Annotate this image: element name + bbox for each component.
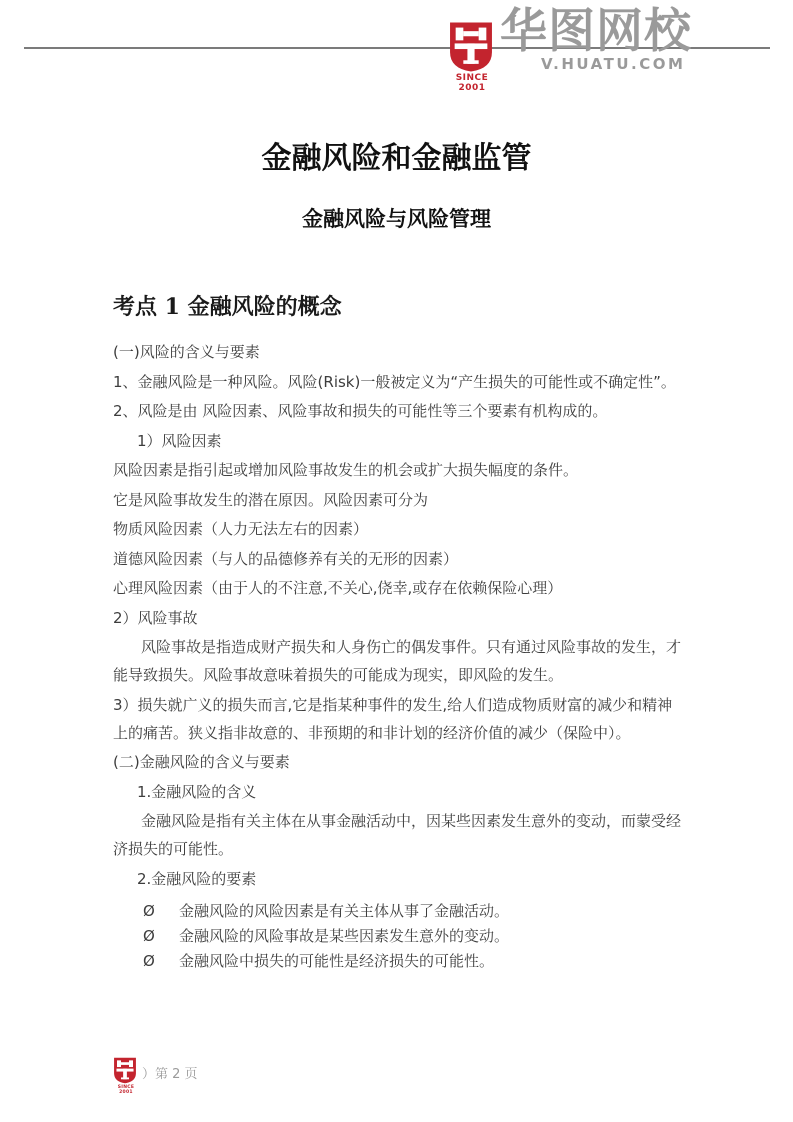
bullet-symbol-icon: Ø xyxy=(143,949,179,974)
bullet-symbol-icon: Ø xyxy=(143,899,179,924)
bullet-symbol-icon: Ø xyxy=(143,924,179,949)
document-body: (一)风险的含义与要素1、金融风险是一种风险。风险(Risk)一般被定义为“产生… xyxy=(113,338,687,974)
paragraph: 1.金融风险的含义 xyxy=(113,778,687,806)
bullet-text: 金融风险的风险事故是某些因素发生意外的变动。 xyxy=(179,924,687,949)
paragraph: 3）损失就广义的损失而言,它是指某种事件的发生,给人们造成物质财富的减少和精神上… xyxy=(113,691,687,747)
paragraph: 1、金融风险是一种风险。风险(Risk)一般被定义为“产生损失的可能性或不确定性… xyxy=(113,368,687,396)
bullet-item: Ø金融风险的风险事故是某些因素发生意外的变动。 xyxy=(143,924,687,949)
bullet-list: Ø金融风险的风险因素是有关主体从事了金融活动。Ø金融风险的风险事故是某些因素发生… xyxy=(113,899,687,974)
bullet-text: 金融风险中损失的可能性是经济损失的可能性。 xyxy=(179,949,687,974)
huatu-footer-logo-icon xyxy=(113,1057,137,1084)
footer-since-label: SINCE 2001 xyxy=(111,1085,141,1095)
paragraph: 1）风险因素 xyxy=(113,427,687,455)
section-heading: 考点 1 金融风险的概念 xyxy=(113,290,342,321)
paragraph: 2）风险事故 xyxy=(113,604,687,632)
huatu-logo-icon xyxy=(448,21,494,73)
bullet-text: 金融风险的风险因素是有关主体从事了金融活动。 xyxy=(179,899,687,924)
paragraph: 物质风险因素（人力无法左右的因素） xyxy=(113,515,687,543)
bullet-item: Ø金融风险中损失的可能性是经济损失的可能性。 xyxy=(143,949,687,974)
paragraph-container: (一)风险的含义与要素1、金融风险是一种风险。风险(Risk)一般被定义为“产生… xyxy=(113,338,687,893)
brand-domain: V.HUATU.COM xyxy=(541,55,685,73)
paragraph: 风险因素是指引起或增加风险事故发生的机会或扩大损失幅度的条件。 xyxy=(113,456,687,484)
paragraph: (一)风险的含义与要素 xyxy=(113,338,687,366)
document-subtitle: 金融风险与风险管理 xyxy=(0,203,793,233)
paragraph: 2.金融风险的要素 xyxy=(113,865,687,893)
paragraph: 道德风险因素（与人的品德修养有关的无形的因素） xyxy=(113,545,687,573)
document-title: 金融风险和金融监管 xyxy=(0,133,793,177)
paragraph: 风险事故是指造成财产损失和人身伤亡的偶发事件。只有通过风险事故的发生，才能导致损… xyxy=(113,633,687,689)
logo-since-label: SINCE 2001 xyxy=(441,73,503,93)
bullet-item: Ø金融风险的风险因素是有关主体从事了金融活动。 xyxy=(143,899,687,924)
document-page: SINCE 2001 华图网校 V.HUATU.COM 金融风险和金融监管 金融… xyxy=(0,0,793,1122)
paragraph: 心理风险因素（由于人的不注意,不关心,侥幸,或存在依赖保险心理） xyxy=(113,574,687,602)
paragraph: 2、风险是由 风险因素、风险事故和损失的可能性等三个要素有机构成的。 xyxy=(113,397,687,425)
paragraph: (二)金融风险的含义与要素 xyxy=(113,748,687,776)
brand-name: 华图网校 xyxy=(500,8,692,55)
paragraph: 金融风险是指有关主体在从事金融活动中，因某些因素发生意外的变动，而蒙受经济损失的… xyxy=(113,807,687,863)
page-number-label: ）第 2 页 xyxy=(142,1063,198,1082)
paragraph: 它是风险事故发生的潜在原因。风险因素可分为 xyxy=(113,486,687,514)
